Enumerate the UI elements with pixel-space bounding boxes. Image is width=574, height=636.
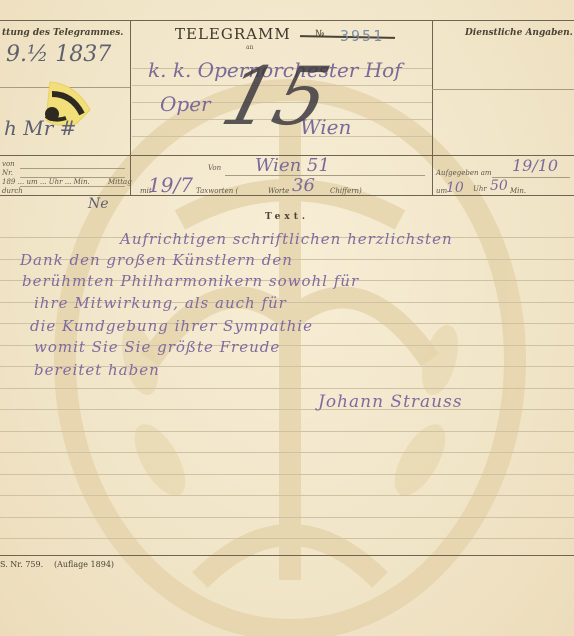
min-label: Min.: [510, 187, 526, 195]
receipt-field-nr: Nr.: [2, 169, 13, 177]
receipt-field-time: 189 ... um ... Uhr ... Min.: [2, 178, 90, 186]
receipt-field-line: [20, 168, 125, 169]
text-line-6: womit Sie Sie größte Freude: [34, 338, 280, 356]
nr-value: 19/7: [148, 173, 193, 197]
frame-divider-left: [130, 20, 131, 195]
aufgegeben-value: 19/10: [512, 156, 558, 175]
receipt-box-title: ttung des Telegrammes.: [2, 28, 123, 38]
text-heading: Text.: [0, 212, 574, 222]
uhr-label: Uhr: [473, 185, 487, 193]
address-line-2: Oper: [160, 92, 211, 116]
text-line-7: bereitet haben: [34, 361, 160, 379]
text-rule: [0, 474, 574, 475]
von-value: Wien 51: [255, 155, 330, 176]
text-rule: [0, 538, 574, 539]
service-box-title: Dienstliche Angaben.: [465, 28, 573, 38]
text-rule: [0, 517, 574, 518]
form-code: S. Nr. 759.: [0, 560, 43, 569]
frame-footer-line: [0, 555, 574, 556]
taxworten-label: Taxworten (: [196, 187, 238, 195]
receipt-field-line: [20, 186, 125, 187]
text-line-1: Aufrichtigen schriftlichen herzlichsten: [120, 230, 453, 248]
worte-label: Worte: [268, 187, 289, 195]
text-rule: [0, 431, 574, 432]
receipt-field-mittag: Mittag: [108, 178, 132, 186]
receipt-handwritten-note: h Mr #: [4, 116, 76, 140]
min-value: 50: [490, 178, 508, 194]
text-rule: [0, 495, 574, 496]
von-label: Von: [208, 164, 221, 172]
text-line-5: die Kundgebung ihrer Sympathie: [30, 317, 313, 335]
telegram-title: TELEGRAMM: [175, 25, 291, 43]
frame-divider-right: [432, 20, 433, 195]
um-value: 10: [446, 180, 464, 196]
text-rule: [0, 452, 574, 453]
service-rule: [432, 89, 574, 90]
frame-bottom-line: [0, 195, 574, 196]
text-rule: [0, 409, 574, 410]
receipt-field-von: von: [2, 160, 15, 168]
text-line-4: ihre Mitwirkung, als auch für: [34, 294, 287, 312]
worte-value: 36: [292, 175, 315, 196]
form-edition: (Auflage 1894): [54, 560, 114, 569]
text-line-2: Dank den großen Künstlern den: [20, 251, 293, 269]
text-rule: [0, 388, 574, 389]
chiffern-label: Chiffern): [330, 187, 362, 195]
frame-top-line: [0, 20, 574, 21]
text-line-3: berühmten Philharmonikern sowohl für: [22, 272, 359, 290]
aufgegeben-label: Aufgegeben am: [436, 169, 492, 177]
telegram-number: 3951: [340, 27, 384, 45]
receipt-handwritten-date: 9.½ 1837: [6, 42, 111, 67]
receipt-field-durch: durch: [2, 187, 23, 195]
receipt-note: Ne: [88, 196, 109, 212]
signature: Johann Strauss: [318, 392, 463, 412]
